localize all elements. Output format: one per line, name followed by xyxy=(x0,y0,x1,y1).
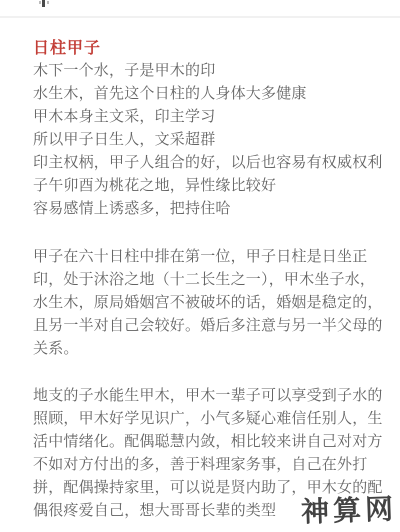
marriage-paragraph: 甲子在六十日柱中排在第一位，甲子日柱是日坐正 印，处于沐浴之地（十二长生之一），… xyxy=(33,245,385,360)
top-divider xyxy=(0,16,400,18)
intro-paragraph: 木下一个水，子是甲木的印 水生木，首先这个日柱的人身体大多健康 甲木本身主文采，… xyxy=(33,59,385,220)
article-page: 日柱甲子 木下一个水，子是甲木的印 水生木，首先这个日柱的人身体大多健康 甲木本… xyxy=(0,0,400,532)
clipped-text-fragment xyxy=(39,0,49,8)
section-title: 日柱甲子 xyxy=(33,35,101,58)
site-watermark: 神算网 xyxy=(300,487,397,530)
